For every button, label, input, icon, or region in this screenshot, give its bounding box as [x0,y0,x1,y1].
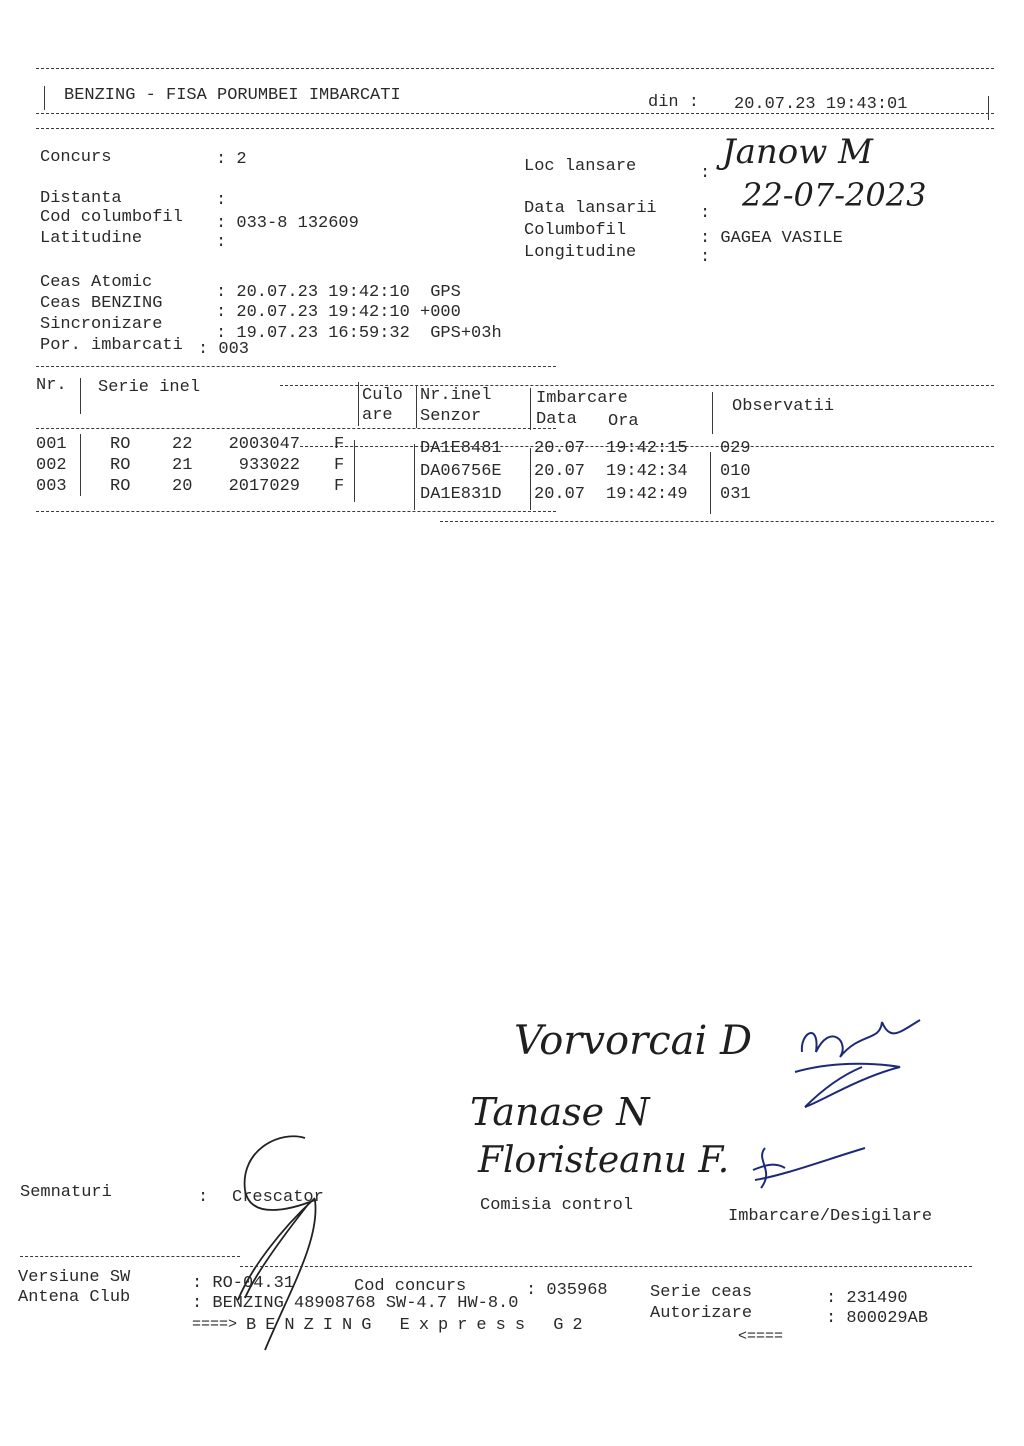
document-title: BENZING - FISA PORUMBEI IMBARCATI [64,86,401,106]
cell-ring: 2003047 [210,435,300,455]
distanta-label: Distanta [40,189,122,209]
col-header-culoare-1: Culo [362,386,403,406]
cell-nr: 002 [36,456,67,476]
header-bottom-rule [36,113,994,114]
cell-year: 20 [172,477,192,497]
loc-lansare-colon: : [700,164,710,184]
footer-arrow-right: <==== [738,1327,783,1347]
loc-lansare-label: Loc lansare [524,157,636,177]
signature-scribble-blue [790,1012,930,1112]
semnaturi-label: Semnaturi [20,1183,112,1203]
serie-ceas-value: : 231490 [826,1289,908,1309]
col-header-culoare-2: are [362,406,393,426]
cell-ora: 19:42:49 [606,485,688,505]
autorizare-value: : 800029AB [826,1309,928,1329]
cell-ring: 933022 [210,456,300,476]
versiune-sw-value: : RO-04.31 [192,1274,294,1294]
concurs-label: Concurs [40,148,111,168]
cell-country: RO [110,435,130,455]
cod-columbofil-value: : 033-8 132609 [216,214,359,234]
col-divider [354,440,355,502]
col-header-data: Data [536,410,577,430]
semnaturi-colon: : [198,1188,208,1208]
porumbei-imbarcati-value: : 003 [198,340,249,360]
cell-year: 21 [172,456,192,476]
distanta-value: : [216,191,226,211]
imbarcare-desigilare-label: Imbarcare/Desigilare [728,1207,932,1227]
col-divider [80,378,81,414]
longitudine-value: : [700,248,710,268]
table-bottom-rule [36,511,556,512]
signature-handwritten-3: Floristeanu F. [478,1140,729,1181]
cell-observatii: 029 [720,439,751,459]
col-header-serie-inel: Serie inel [98,378,200,398]
header-top-rule [36,68,994,69]
col-divider [416,386,417,428]
section-rule [36,128,994,129]
col-divider [530,388,531,430]
cell-data: 20.07 [534,485,585,505]
latitudine-label: Latitudine [40,229,142,249]
cod-concurs-value: : 035968 [526,1281,608,1301]
col-header-senzor-1: Nr.inel [420,386,491,406]
autorizare-label: Autorizare [650,1304,752,1324]
table-header-rule [36,428,556,429]
cell-nr: 003 [36,477,67,497]
cell-sex: F [334,456,344,476]
cell-country: RO [110,456,130,476]
cell-observatii: 010 [720,462,751,482]
col-divider [358,382,359,426]
latitudine-value: : [216,233,226,253]
col-divider [414,444,415,510]
cell-country: RO [110,477,130,497]
cell-nr: 001 [36,435,67,455]
serie-ceas-label: Serie ceas [650,1283,752,1303]
longitudine-label: Longitudine [524,243,636,263]
columbofil-label: Columbofil [524,221,626,241]
col-divider [710,452,711,514]
signature-handwritten-1: Vorvorcai D [514,1018,752,1064]
footer-brand: BENZING Express G2 [246,1316,592,1336]
versiune-sw-label: Versiune SW [18,1268,130,1288]
cell-senzor: DA06756E [420,462,502,482]
cell-senzor: DA1E8481 [420,439,502,459]
ceas-benzing-label: Ceas BENZING [40,294,162,314]
col-header-senzor-2: Senzor [420,407,481,427]
cell-sex: F [334,435,344,455]
header-din-label: din : [648,93,699,113]
footer-rule-2 [240,1266,972,1267]
cell-senzor: DA1E831D [420,485,502,505]
ceas-atomic-label: Ceas Atomic [40,273,152,293]
signature-handwritten-2: Tanase N [470,1090,650,1134]
ceas-atomic-value: : 20.07.23 19:42:10 GPS [216,283,461,303]
cell-ora: 19:42:34 [606,462,688,482]
table-bottom-rule-2 [440,521,994,522]
data-lansarii-colon: : [700,204,710,224]
table-top-rule [36,366,556,367]
concurs-value: : 2 [216,150,247,170]
loc-lansare-handwritten: Janow M [722,132,873,172]
header-right-bar [988,96,989,120]
cell-data: 20.07 [534,462,585,482]
data-lansarii-label: Data lansarii [524,199,657,219]
porumbei-imbarcati-label: Por. imbarcati [40,336,183,356]
col-header-observatii: Observatii [732,397,834,417]
cell-ring: 2017029 [210,477,300,497]
header-left-bar [44,86,45,110]
col-header-nr: Nr. [36,376,67,396]
comisia-control-label: Comisia control [480,1196,633,1216]
sincronizare-value: : 19.07.23 16:59:32 GPS+03h [216,324,502,344]
cell-sex: F [334,477,344,497]
columbofil-value: : GAGEA VASILE [700,229,843,249]
signature-scribble-blue-2 [745,1140,875,1200]
antena-club-label: Antena Club [18,1288,130,1308]
antena-club-value: : BENZING 48908768 SW-4.7 HW-8.0 [192,1294,518,1314]
col-divider [712,392,713,434]
footer-rule [20,1256,240,1257]
cell-data: 20.07 [534,439,585,459]
footer-arrow-left: ====> [192,1315,237,1335]
cell-observatii: 031 [720,485,751,505]
col-header-imbarcare: Imbarcare [536,389,628,409]
col-header-ora: Ora [608,412,639,432]
sincronizare-label: Sincronizare [40,315,162,335]
cell-ora: 19:42:15 [606,439,688,459]
data-lansarii-handwritten: 22-07-2023 [742,176,927,214]
header-din-value: 20.07.23 19:43:01 [734,95,907,115]
cod-columbofil-label: Cod columbofil [40,208,183,228]
ceas-benzing-value: : 20.07.23 19:42:10 +000 [216,303,461,323]
col-divider [530,448,531,510]
cell-year: 22 [172,435,192,455]
col-divider [80,434,81,496]
